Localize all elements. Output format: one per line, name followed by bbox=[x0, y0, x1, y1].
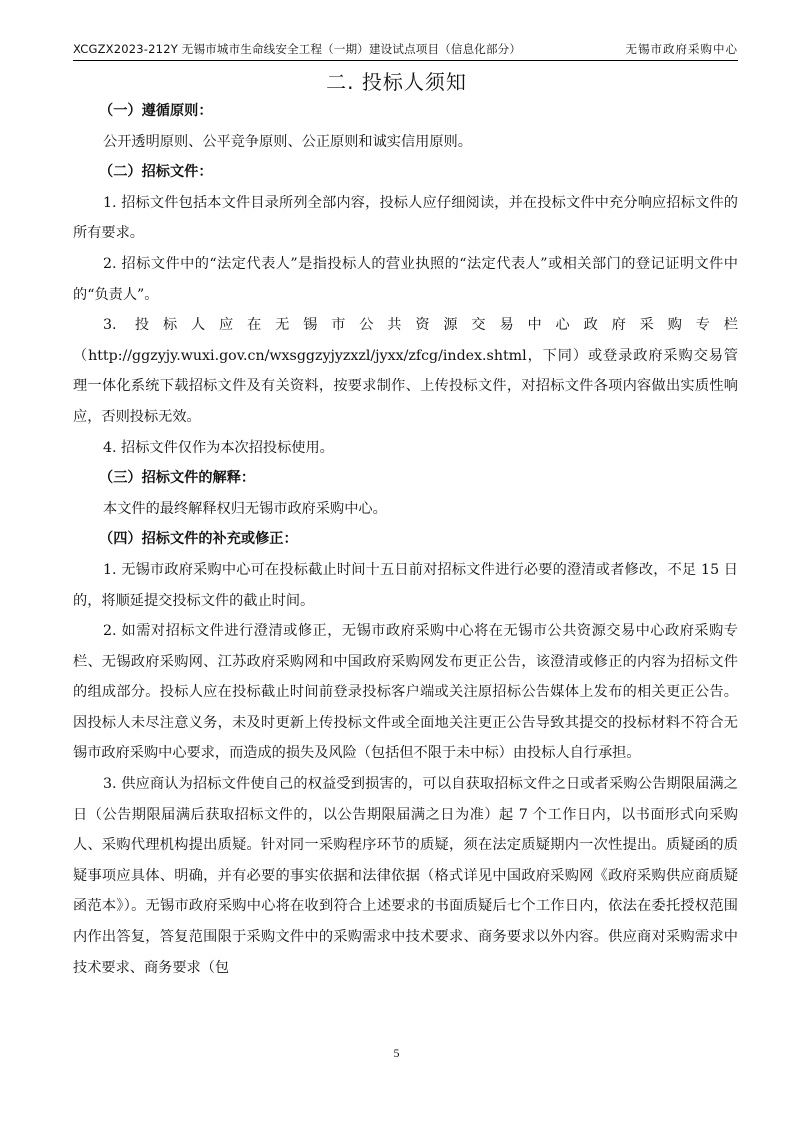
paragraph: 1. 招标文件包括本文件目录所列全部内容，投标人应仔细阅读，并在投标文件中充分响… bbox=[73, 188, 738, 249]
paragraph: 4. 招标文件仅作为本次招投标使用。 bbox=[73, 433, 738, 464]
header-project-title: XCGZX2023-212Y 无锡市城市生命线安全工程（一期）建设试点项目（信息… bbox=[73, 41, 521, 57]
paragraph: 3. 投标人应在无锡市公共资源交易中心政府采购专栏 bbox=[73, 310, 738, 341]
header-divider bbox=[73, 60, 738, 61]
section-heading-tender-documents: （二）招标文件： bbox=[73, 157, 738, 188]
paragraph-with-url: （http://ggzyjy.wuxi.gov.cn/wxsggzyjyzxzl… bbox=[73, 341, 738, 433]
paragraph: 本文件的最终解释权归无锡市政府采购中心。 bbox=[73, 494, 738, 525]
paragraph: 2. 招标文件中的“法定代表人”是指投标人的营业执照的“法定代表人”或相关部门的… bbox=[73, 249, 738, 310]
header-organization: 无锡市政府采购中心 bbox=[626, 41, 739, 57]
paragraph: 3. 供应商认为招标文件使自己的权益受到损害的，可以自获取招标文件之日或者采购公… bbox=[73, 769, 738, 983]
paragraph: 公开透明原则、公平竞争原则、公正原则和诚实信用原则。 bbox=[73, 127, 738, 158]
section-heading-interpretation: （三）招标文件的解释： bbox=[73, 463, 738, 494]
page-title: 二. 投标人须知 bbox=[0, 66, 793, 95]
paragraph: 2. 如需对招标文件进行澄清或修正，无锡市政府采购中心将在无锡市公共资源交易中心… bbox=[73, 616, 738, 769]
document-body: （一）遵循原则： 公开透明原则、公平竞争原则、公正原则和诚实信用原则。 （二）招… bbox=[73, 96, 738, 983]
section-heading-principles: （一）遵循原则： bbox=[73, 96, 738, 127]
page-header: XCGZX2023-212Y 无锡市城市生命线安全工程（一期）建设试点项目（信息… bbox=[73, 41, 738, 59]
page-number: 5 bbox=[0, 1046, 793, 1061]
paragraph: 1. 无锡市政府采购中心可在投标截止时间十五日前对招标文件进行必要的澄清或者修改… bbox=[73, 555, 738, 616]
section-heading-amendment: （四）招标文件的补充或修正： bbox=[73, 524, 738, 555]
